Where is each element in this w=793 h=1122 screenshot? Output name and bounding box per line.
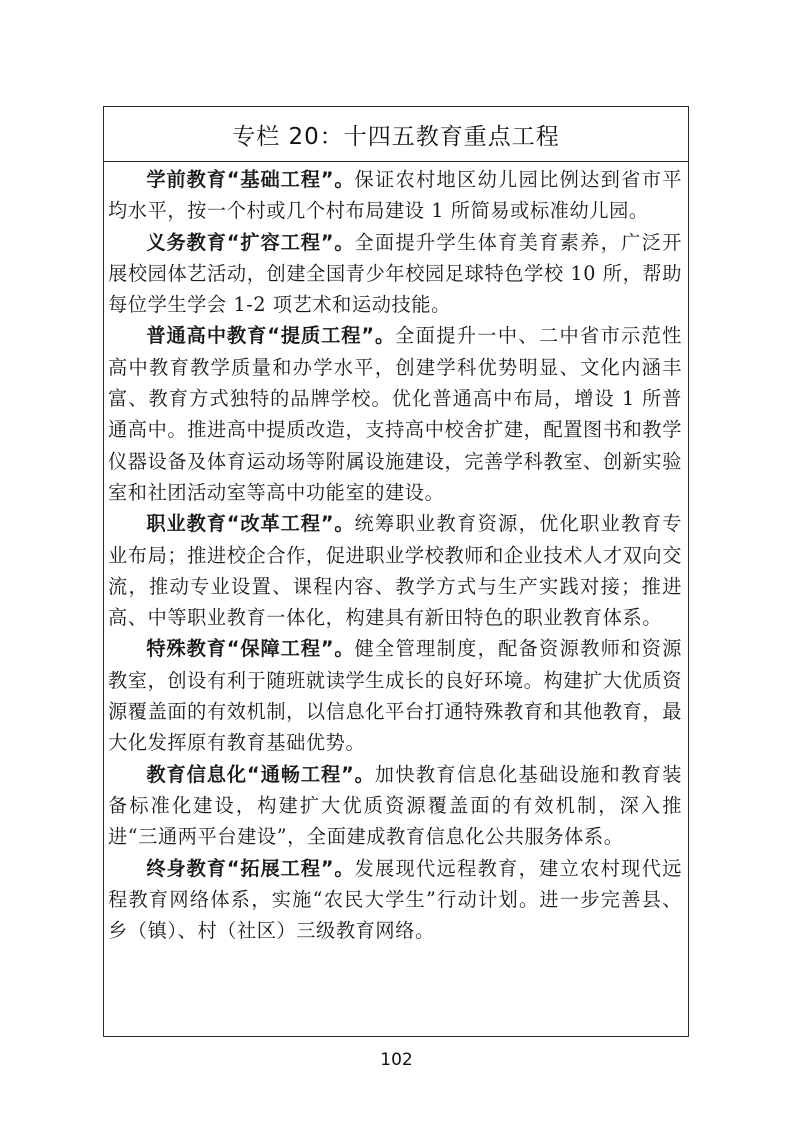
paragraph-compulsory: 义务教育“扩容工程”。全面提升学生体育美育素养，广泛开展校园体艺活动，创建全国青… (108, 227, 682, 321)
paragraph-high-school: 普通高中教育“提质工程”。全面提升一中、二中省市示范性高中教育教学质量和办学水平… (108, 320, 682, 508)
column-body: 学前教育“基础工程”。保证农村地区幼儿园比例达到省市平均水平，按一个村或几个村布… (104, 162, 688, 946)
paragraph-lead: 义务教育“扩容工程”。 (146, 231, 354, 254)
paragraph-lead: 学前教育“基础工程”。 (146, 168, 354, 191)
paragraph-vocational: 职业教育“改革工程”。统筹职业教育资源，优化职业教育专业布局；推进校企合作，促进… (108, 508, 682, 633)
paragraph-lead: 特殊教育“保障工程”。 (146, 637, 354, 660)
paragraph-lead: 普通高中教育“提质工程”。 (146, 324, 395, 347)
paragraph-special: 特殊教育“保障工程”。健全管理制度，配备资源教师和资源教室，创设有利于随班就读学… (108, 633, 682, 758)
paragraph-lead: 终身教育“拓展工程”。 (146, 857, 354, 880)
paragraph-lead: 职业教育“改革工程”。 (146, 512, 354, 535)
column-title: 专栏 20：十四五教育重点工程 (104, 107, 688, 162)
paragraph-preschool: 学前教育“基础工程”。保证农村地区幼儿园比例达到省市平均水平，按一个村或几个村布… (108, 164, 682, 227)
paragraph-informatization: 教育信息化“通畅工程”。加快教育信息化基础设施和教育装备标准化建设，构建扩大优质… (108, 759, 682, 853)
column-box: 专栏 20：十四五教育重点工程 学前教育“基础工程”。保证农村地区幼儿园比例达到… (103, 106, 689, 1037)
paragraph-lifelong: 终身教育“拓展工程”。发展现代远程教育，建立农村现代远程教育网络体系，实施“农民… (108, 853, 682, 947)
paragraph-text: 全面提升一中、二中省市示范性高中教育教学质量和办学水平，创建学科优势明显、文化内… (108, 324, 682, 503)
page-number: 102 (0, 1050, 793, 1070)
paragraph-lead: 教育信息化“通畅工程”。 (146, 763, 374, 786)
